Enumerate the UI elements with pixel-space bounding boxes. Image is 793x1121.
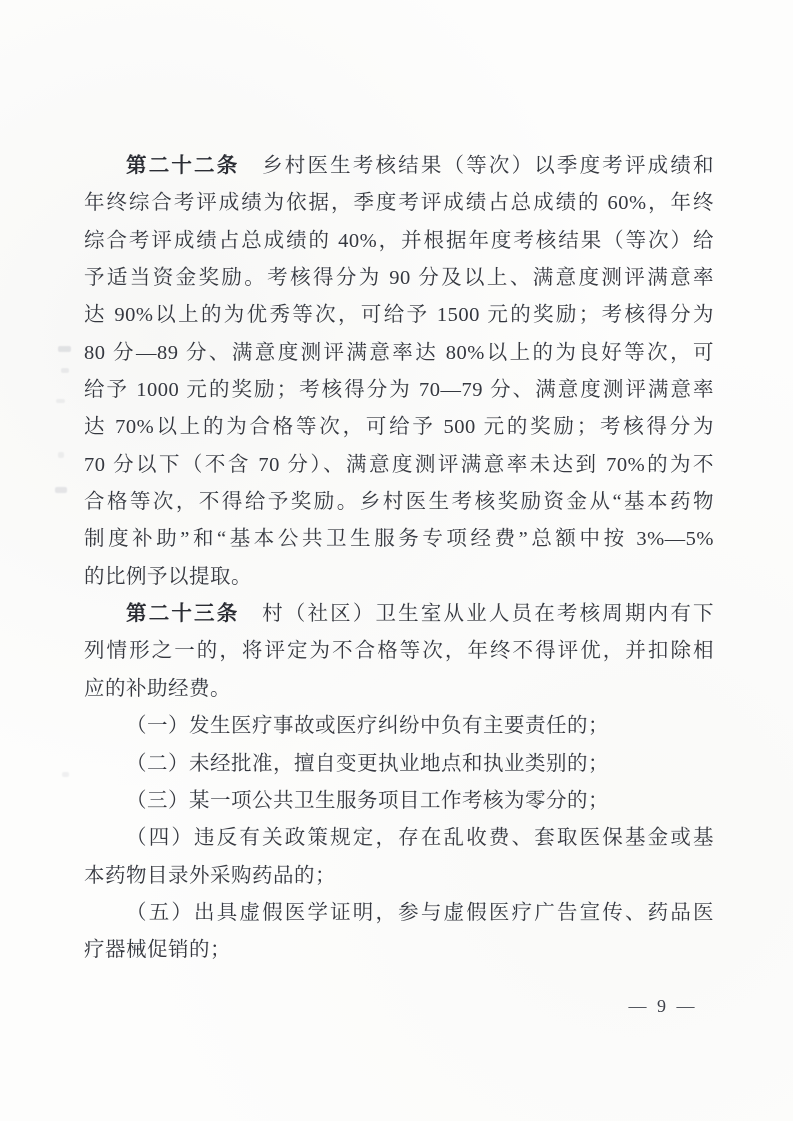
article-number: 第二十三条	[126, 603, 239, 625]
document-page: 第二十二条 乡村医生考核结果（等次）以季度考评成绩和年终综合考评成绩为依据，季度…	[0, 0, 793, 1121]
text-line: 70 分以下（不含 70 分）、满意度测评满意率未达到 70%的为不	[84, 447, 714, 484]
text-line: 予适当资金奖励。考核得分为 90 分及以上、满意度测评满意率	[84, 260, 714, 297]
text-segment: 70 分以下（不含 70 分）、满意度测评满意率未达到 70%的为不	[84, 454, 714, 476]
text-line: （一）发生医疗事故或医疗纠纷中负有主要责任的；	[84, 708, 714, 745]
text-segment: 村（社区）卫生室从业人员在考核周期内有下	[239, 603, 714, 625]
text-segment: 乡村医生考核结果（等次）以季度考评成绩和	[239, 155, 714, 177]
text-line: （三）某一项公共卫生服务项目工作考核为零分的；	[84, 783, 714, 820]
page-number: — 9 —	[622, 996, 704, 1017]
text-segment: 综合考评成绩占总成绩的 40%，并根据年度考核结果（等次）给	[84, 230, 714, 252]
text-line: 给予 1000 元的奖励；考核得分为 70—79 分、满意度测评满意率	[84, 372, 714, 409]
text-line: （二）未经批准，擅自变更执业地点和执业类别的；	[84, 746, 714, 783]
article-number: 第二十二条	[126, 155, 239, 177]
text-segment: 达 90%以上的为优秀等次，可给予 1500 元的奖励；考核得分为	[84, 304, 714, 326]
text-segment: 给予 1000 元的奖励；考核得分为 70—79 分、满意度测评满意率	[84, 379, 714, 401]
text-segment: 疗器械促销的；	[84, 939, 231, 961]
text-line: （五）出具虚假医学证明，参与虚假医疗广告宣传、药品医	[84, 895, 714, 932]
text-segment: （五）出具虚假医学证明，参与虚假医疗广告宣传、药品医	[126, 902, 714, 924]
scan-artifact	[61, 368, 69, 373]
text-line: 达 70%以上的为合格等次，可给予 500 元的奖励；考核得分为	[84, 409, 714, 446]
text-line: 疗器械促销的；	[84, 932, 714, 969]
text-line: 制度补助”和“基本公共卫生服务专项经费”总额中按 3%—5%	[84, 521, 714, 558]
text-segment: （二）未经批准，擅自变更执业地点和执业类别的；	[126, 753, 609, 775]
text-line: 综合考评成绩占总成绩的 40%，并根据年度考核结果（等次）给	[84, 223, 714, 260]
text-segment: 应的补助经费。	[84, 678, 231, 700]
text-line: 列情形之一的，将评定为不合格等次，年终不得评优，并扣除相	[84, 633, 714, 670]
scan-artifact	[55, 487, 67, 493]
text-line: 合格等次，不得给予奖励。乡村医生考核奖励资金从“基本药物	[84, 484, 714, 521]
text-segment: 年终综合考评成绩为依据，季度考评成绩占总成绩的 60%，年终	[84, 192, 714, 214]
text-segment: 80 分—89 分、满意度测评满意率达 80%以上的为良好等次，可	[84, 342, 714, 364]
text-segment: （四）违反有关政策规定，存在乱收费、套取医保基金或基	[126, 827, 714, 849]
document-body: 第二十二条 乡村医生考核结果（等次）以季度考评成绩和年终综合考评成绩为依据，季度…	[84, 148, 714, 970]
text-segment: （三）某一项公共卫生服务项目工作考核为零分的；	[126, 790, 609, 812]
scan-artifact	[62, 772, 69, 777]
text-segment: 予适当资金奖励。考核得分为 90 分及以上、满意度测评满意率	[84, 267, 714, 289]
text-segment: 达 70%以上的为合格等次，可给予 500 元的奖励；考核得分为	[84, 416, 714, 438]
scan-artifact	[58, 346, 71, 352]
text-line: 第二十三条 村（社区）卫生室从业人员在考核周期内有下	[84, 596, 714, 633]
text-line: 应的补助经费。	[84, 671, 714, 708]
scan-artifact	[58, 452, 64, 458]
text-segment: （一）发生医疗事故或医疗纠纷中负有主要责任的；	[126, 715, 609, 737]
text-line: 本药物目录外采购药品的；	[84, 858, 714, 895]
text-segment: 的比例予以提取。	[84, 566, 252, 588]
text-line: 第二十二条 乡村医生考核结果（等次）以季度考评成绩和	[84, 148, 714, 185]
text-segment: 合格等次，不得给予奖励。乡村医生考核奖励资金从“基本药物	[84, 491, 714, 513]
text-segment: 本药物目录外采购药品的；	[84, 865, 336, 887]
text-segment: 制度补助”和“基本公共卫生服务专项经费”总额中按 3%—5%	[84, 528, 714, 550]
text-line: 达 90%以上的为优秀等次，可给予 1500 元的奖励；考核得分为	[84, 297, 714, 334]
scanned-page: { "page": { "number_label": "— 9 —" }, "…	[0, 0, 793, 1121]
text-line: 的比例予以提取。	[84, 559, 714, 596]
text-line: 年终综合考评成绩为依据，季度考评成绩占总成绩的 60%，年终	[84, 185, 714, 222]
text-line: （四）违反有关政策规定，存在乱收费、套取医保基金或基	[84, 820, 714, 857]
text-line: 80 分—89 分、满意度测评满意率达 80%以上的为良好等次，可	[84, 335, 714, 372]
scan-artifact	[56, 399, 65, 403]
text-segment: 列情形之一的，将评定为不合格等次，年终不得评优，并扣除相	[84, 640, 714, 662]
